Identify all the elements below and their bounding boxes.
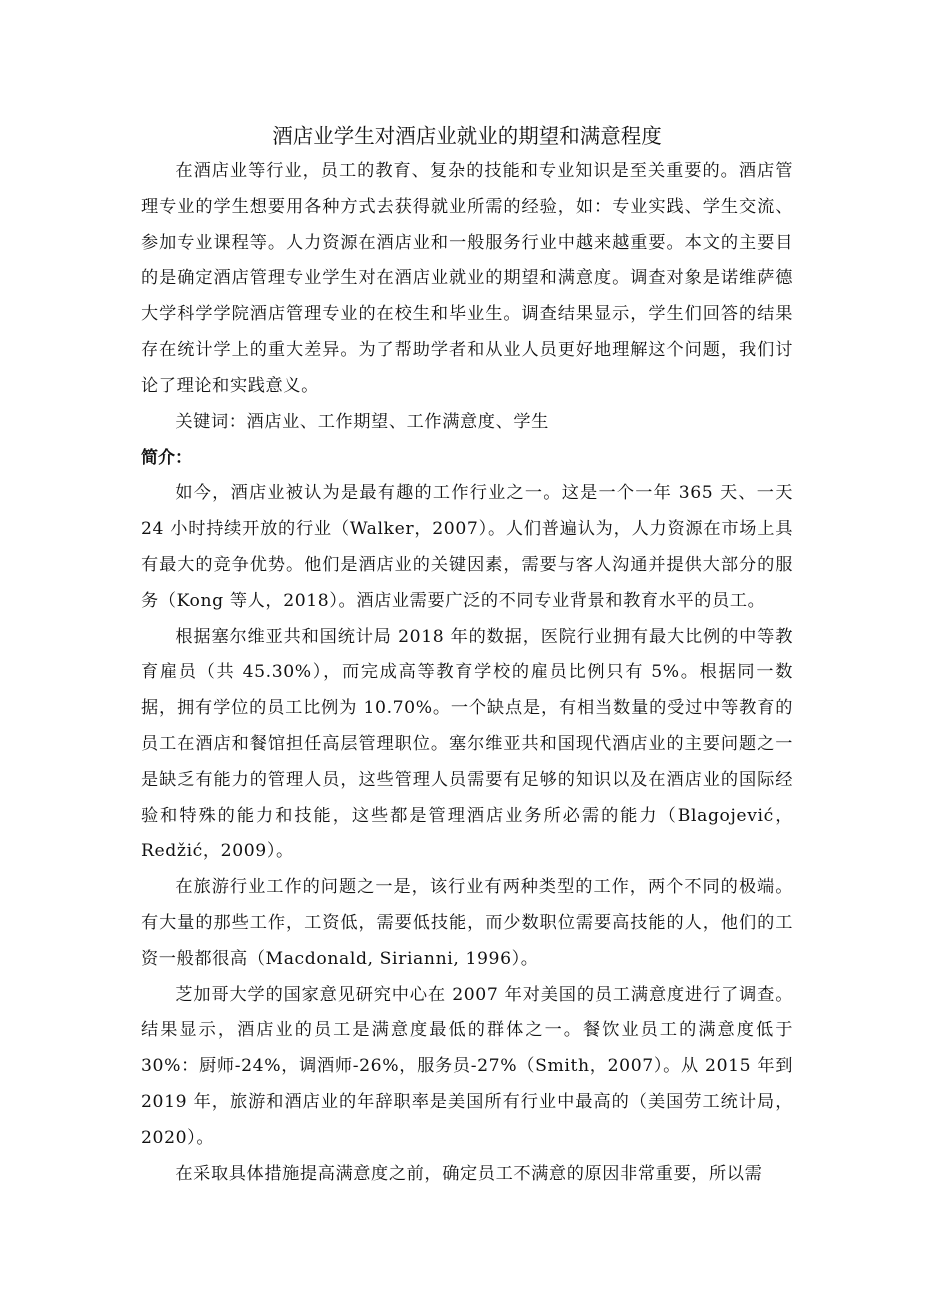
document-page: 酒店业学生对酒店业就业的期望和满意程度 在酒店业等行业，员工的教育、复杂的技能和… (141, 118, 793, 1192)
abstract-paragraph: 在酒店业等行业，员工的教育、复杂的技能和专业知识是至关重要的。酒店管理专业的学生… (141, 154, 793, 405)
document-title: 酒店业学生对酒店业就业的期望和满意程度 (141, 118, 793, 154)
body-paragraph: 如今，酒店业被认为是最有趣的工作行业之一。这是一个一年 365 天、一天 24 … (141, 476, 793, 619)
body-paragraph: 在旅游行业工作的问题之一是，该行业有两种类型的工作，两个不同的极端。有大量的那些… (141, 870, 793, 977)
body-paragraph: 在采取具体措施提高满意度之前，确定员工不满意的原因非常重要，所以需 (141, 1157, 793, 1193)
body-paragraph: 根据塞尔维亚共和国统计局 2018 年的数据，医院行业拥有最大比例的中等教育雇员… (141, 620, 793, 871)
keywords-line: 关键词：酒店业、工作期望、工作满意度、学生 (141, 405, 793, 441)
section-heading-introduction: 简介： (141, 440, 793, 476)
body-paragraph: 芝加哥大学的国家意见研究中心在 2007 年对美国的员工满意度进行了调查。结果显… (141, 978, 793, 1157)
